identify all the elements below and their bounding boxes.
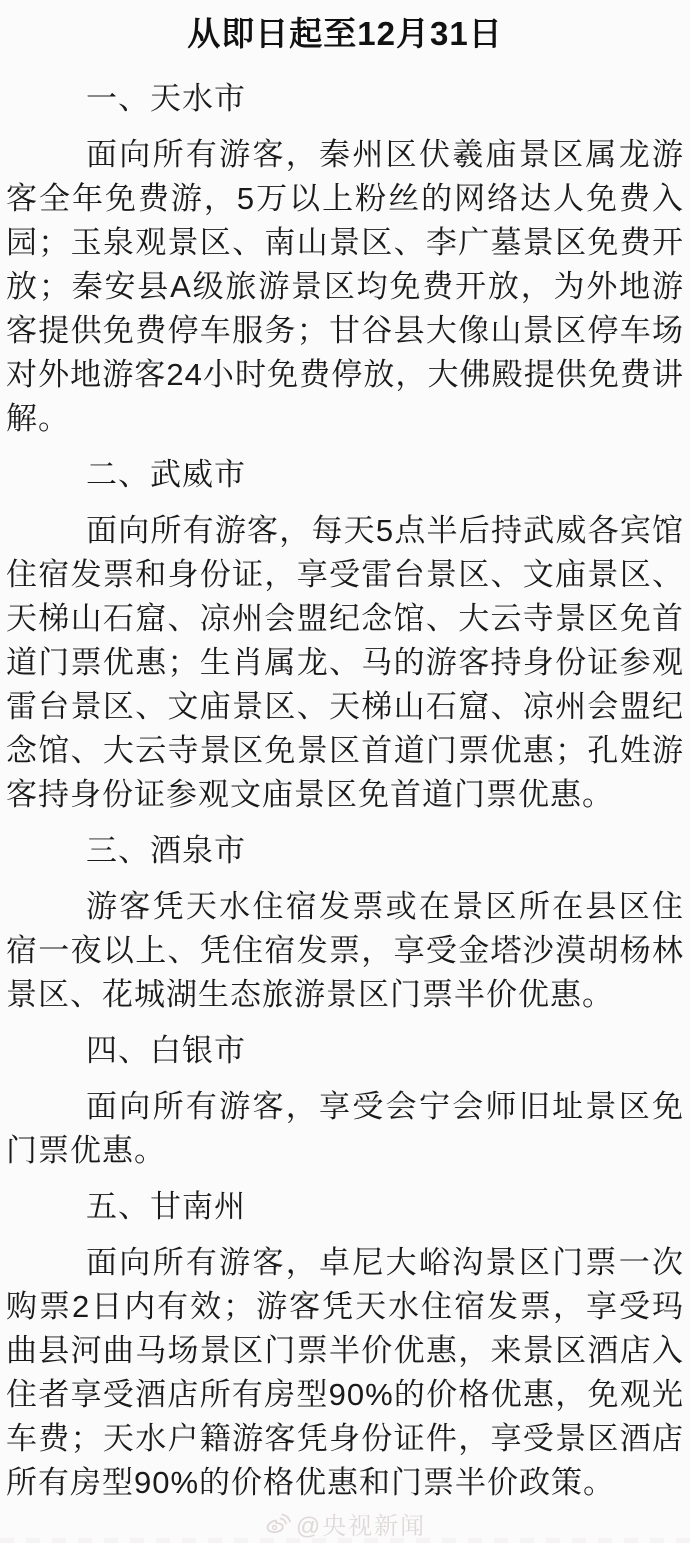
section-paragraph-tianshui: 面向所有游客，秦州区伏羲庙景区属龙游客全年免费游，5万以上粉丝的网络达人免费入园… <box>6 133 684 441</box>
section-wuwei: 二、武威市 面向所有游客，每天5点半后持武威各宾馆住宿发票和身份证，享受雷台景区… <box>6 455 684 817</box>
document-body: 从即日起至12月31日 一、天水市 面向所有游客，秦州区伏羲庙景区属龙游客全年免… <box>0 0 690 1505</box>
section-tianshui: 一、天水市 面向所有游客，秦州区伏羲庙景区属龙游客全年免费游，5万以上粉丝的网络… <box>6 79 684 441</box>
section-heading-wuwei: 二、武威市 <box>6 455 684 495</box>
section-jiuquan: 三、酒泉市 游客凭天水住宿发票或在景区所在县区住宿一夜以上、凭住宿发票，享受金塔… <box>6 831 684 1017</box>
watermark-handle: @央视新闻 <box>296 1506 426 1541</box>
section-paragraph-baiyin: 面向所有游客，享受会宁会师旧址景区免门票优惠。 <box>6 1085 684 1173</box>
section-paragraph-wuwei: 面向所有游客，每天5点半后持武威各宾馆住宿发票和身份证，享受雷台景区、文庙景区、… <box>6 509 684 817</box>
page-title: 从即日起至12月31日 <box>6 8 684 55</box>
watermark: @央视新闻 <box>0 1506 690 1541</box>
weibo-icon <box>264 1512 292 1536</box>
section-gannan: 五、甘南州 面向所有游客，卓尼大峪沟景区门票一次购票2日内有效；游客凭天水住宿发… <box>6 1187 684 1505</box>
section-baiyin: 四、白银市 面向所有游客，享受会宁会师旧址景区免门票优惠。 <box>6 1031 684 1173</box>
section-heading-gannan: 五、甘南州 <box>6 1187 684 1227</box>
section-heading-tianshui: 一、天水市 <box>6 79 684 119</box>
section-heading-jiuquan: 三、酒泉市 <box>6 831 684 871</box>
section-heading-baiyin: 四、白银市 <box>6 1031 684 1071</box>
section-paragraph-gannan: 面向所有游客，卓尼大峪沟景区门票一次购票2日内有效；游客凭天水住宿发票，享受玛曲… <box>6 1241 684 1505</box>
section-paragraph-jiuquan: 游客凭天水住宿发票或在景区所在县区住宿一夜以上、凭住宿发票，享受金塔沙漠胡杨林景… <box>6 885 684 1017</box>
cropped-text-remnant <box>0 1538 690 1543</box>
